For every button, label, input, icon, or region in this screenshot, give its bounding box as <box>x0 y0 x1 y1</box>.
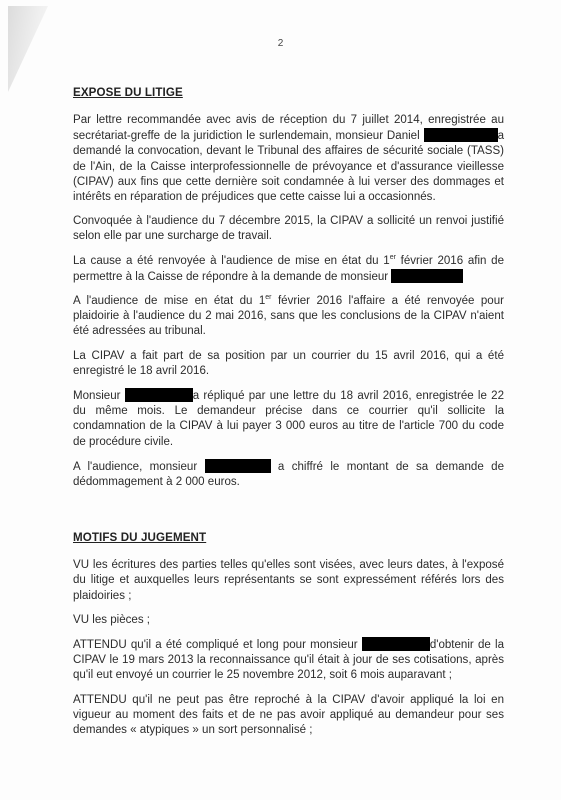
paragraph: VU les pièces ; <box>73 613 504 628</box>
paragraph: VU les écritures des parties telles qu'e… <box>73 558 504 604</box>
text: A l'audience, monsieur <box>73 461 205 473</box>
redaction-box <box>391 269 463 283</box>
paragraph: Monsieur a répliqué par une lettre du 18… <box>73 388 504 450</box>
document-body: EXPOSE DU LITIGE Par lettre recommandée … <box>73 86 504 747</box>
text: ATTENDU qu'il a été compliqué et long po… <box>73 639 362 651</box>
text: A l'audience de mise en état du 1 <box>73 295 265 307</box>
redaction-box <box>424 128 498 142</box>
section-spacer <box>73 499 504 531</box>
redaction-box <box>125 388 193 402</box>
redaction-box <box>362 637 430 651</box>
paragraph: A l'audience de mise en état du 1er févr… <box>73 294 504 340</box>
paragraph: A l'audience, monsieur a chiffré le mont… <box>73 459 504 490</box>
text: Monsieur <box>73 390 125 402</box>
paragraph: La cause a été renvoyée à l'audience de … <box>73 254 504 285</box>
section-title-motifs-du-jugement: MOTIFS DU JUGEMENT <box>73 531 504 544</box>
redaction-box <box>205 459 271 473</box>
paragraph: ATTENDU qu'il ne peut pas être reproché … <box>73 693 504 739</box>
text: La cause a été renvoyée à l'audience de … <box>73 255 390 267</box>
page-number: 2 <box>0 38 561 49</box>
page-corner-fold <box>8 6 48 92</box>
paragraph: La CIPAV a fait part de sa position par … <box>73 349 504 379</box>
paragraph: Par lettre recommandée avec avis de réce… <box>73 113 504 205</box>
paragraph: Convoquée à l'audience du 7 décembre 201… <box>73 214 504 244</box>
paragraph: ATTENDU qu'il a été compliqué et long po… <box>73 637 504 684</box>
section-title-expose-du-litige: EXPOSE DU LITIGE <box>73 86 504 99</box>
